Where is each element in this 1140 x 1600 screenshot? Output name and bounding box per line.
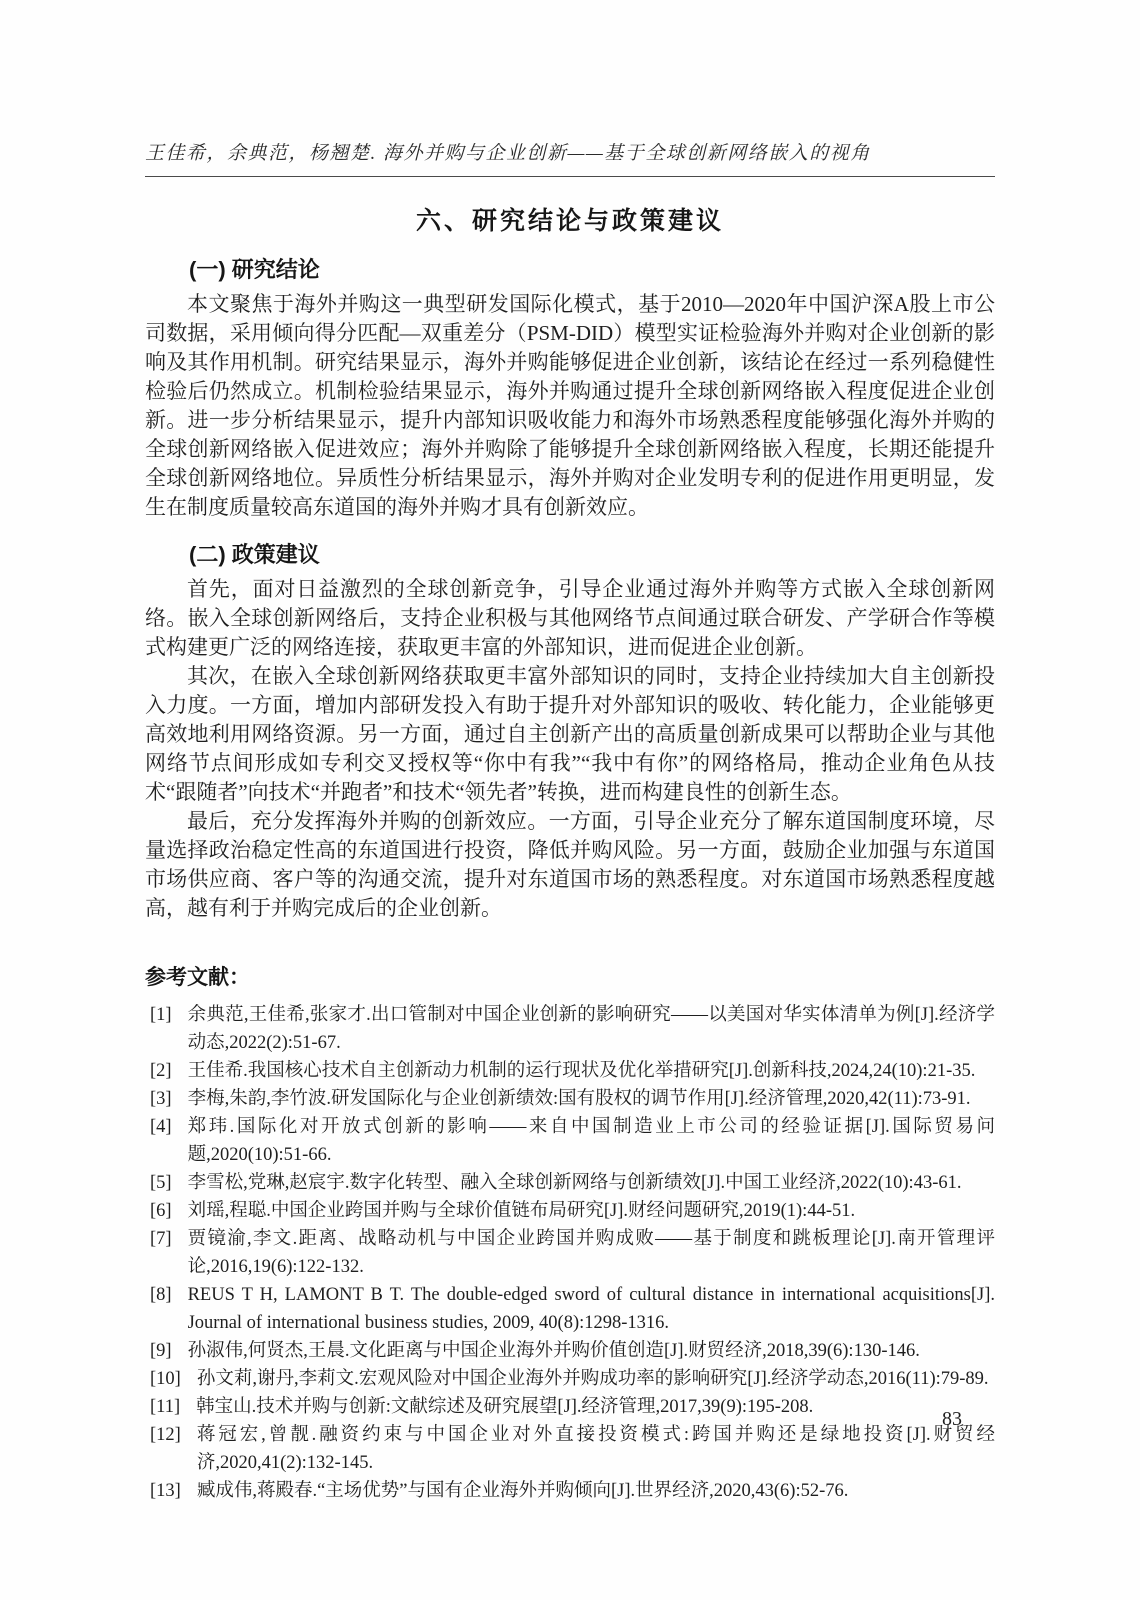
reference-number: [12] bbox=[150, 1421, 181, 1449]
reference-number: [6] bbox=[150, 1197, 172, 1225]
reference-item: [4] 郑玮.国际化对开放式创新的影响——来自中国制造业上市公司的经验证据[J]… bbox=[150, 1113, 995, 1169]
reference-item: [13] 臧成伟,蒋殿春.“主场优势”与国有企业海外并购倾向[J].世界经济,2… bbox=[150, 1477, 995, 1505]
reference-number: [7] bbox=[150, 1225, 172, 1253]
reference-text: 蒋冠宏,曾靓.融资约束与中国企业对外直接投资模式:跨国并购还是绿地投资[J].财… bbox=[197, 1421, 995, 1477]
reference-text: REUS T H, LAMONT B T. The double-edged s… bbox=[188, 1281, 995, 1337]
paragraph-policy-3: 最后，充分发挥海外并购的创新效应。一方面，引导企业充分了解东道国制度环境，尽量选… bbox=[145, 807, 995, 923]
reference-item: [9] 孙淑伟,何贤杰,王晨.文化距离与中国企业海外并购价值创造[J].财贸经济… bbox=[150, 1337, 995, 1365]
reference-number: [5] bbox=[150, 1169, 172, 1197]
reference-text: 李梅,朱韵,李竹波.研发国际化与企业创新绩效:国有股权的调节作用[J].经济管理… bbox=[188, 1085, 995, 1113]
document-page: 王佳希，余典范，杨翘楚. 海外并购与企业创新——基于全球创新网络嵌入的视角 六、… bbox=[0, 0, 1140, 1600]
reference-number: [8] bbox=[150, 1281, 172, 1309]
paragraph-conclusions-1: 本文聚焦于海外并购这一典型研发国际化模式，基于2010—2020年中国沪深A股上… bbox=[145, 290, 995, 522]
reference-item: [6] 刘瑶,程聪.中国企业跨国并购与全球价值链布局研究[J].财经问题研究,2… bbox=[150, 1197, 995, 1225]
references-heading: 参考文献： bbox=[145, 961, 995, 991]
section-title: 六、研究结论与政策建议 bbox=[145, 201, 995, 237]
reference-text: 贾镜渝,李文.距离、战略动机与中国企业跨国并购成败——基于制度和跳板理论[J].… bbox=[188, 1225, 995, 1281]
reference-item: [8] REUS T H, LAMONT B T. The double-edg… bbox=[150, 1281, 995, 1337]
reference-number: [4] bbox=[150, 1113, 172, 1141]
reference-text: 李雪松,党琳,赵宸宇.数字化转型、融入全球创新网络与创新绩效[J].中国工业经济… bbox=[188, 1169, 995, 1197]
paragraph-policy-1: 首先，面对日益激烈的全球创新竞争，引导企业通过海外并购等方式嵌入全球创新网络。嵌… bbox=[145, 575, 995, 662]
reference-number: [10] bbox=[150, 1365, 181, 1393]
reference-text: 韩宝山.技术并购与创新:文献综述及研究展望[J].经济管理,2017,39(9)… bbox=[196, 1393, 995, 1421]
reference-text: 臧成伟,蒋殿春.“主场优势”与国有企业海外并购倾向[J].世界经济,2020,4… bbox=[197, 1477, 995, 1505]
page-number: 83 bbox=[942, 1408, 962, 1431]
subsection-heading-conclusions: (一) 研究结论 bbox=[145, 253, 995, 284]
reference-number: [11] bbox=[150, 1393, 180, 1421]
reference-text: 王佳希.我国核心技术自主创新动力机制的运行现状及优化举措研究[J].创新科技,2… bbox=[188, 1057, 995, 1085]
reference-item: [12] 蒋冠宏,曾靓.融资约束与中国企业对外直接投资模式:跨国并购还是绿地投资… bbox=[150, 1421, 995, 1477]
reference-item: [11] 韩宝山.技术并购与创新:文献综述及研究展望[J].经济管理,2017,… bbox=[150, 1393, 995, 1421]
reference-list: [1] 余典范,王佳希,张家才.出口管制对中国企业创新的影响研究——以美国对华实… bbox=[145, 1001, 995, 1505]
reference-item: [2] 王佳希.我国核心技术自主创新动力机制的运行现状及优化举措研究[J].创新… bbox=[150, 1057, 995, 1085]
reference-text: 郑玮.国际化对开放式创新的影响——来自中国制造业上市公司的经验证据[J].国际贸… bbox=[188, 1113, 995, 1169]
reference-item: [1] 余典范,王佳希,张家才.出口管制对中国企业创新的影响研究——以美国对华实… bbox=[150, 1001, 995, 1057]
reference-number: [9] bbox=[150, 1337, 172, 1365]
running-header: 王佳希，余典范，杨翘楚. 海外并购与企业创新——基于全球创新网络嵌入的视角 bbox=[145, 138, 995, 177]
reference-item: [3] 李梅,朱韵,李竹波.研发国际化与企业创新绩效:国有股权的调节作用[J].… bbox=[150, 1085, 995, 1113]
reference-number: [1] bbox=[150, 1001, 172, 1029]
paragraph-policy-2: 其次，在嵌入全球创新网络获取更丰富外部知识的同时，支持企业持续加大自主创新投入力… bbox=[145, 662, 995, 807]
reference-text: 余典范,王佳希,张家才.出口管制对中国企业创新的影响研究——以美国对华实体清单为… bbox=[188, 1001, 995, 1057]
reference-number: [2] bbox=[150, 1057, 172, 1085]
reference-item: [7] 贾镜渝,李文.距离、战略动机与中国企业跨国并购成败——基于制度和跳板理论… bbox=[150, 1225, 995, 1281]
reference-number: [3] bbox=[150, 1085, 172, 1113]
reference-item: [10] 孙文莉,谢丹,李莉文.宏观风险对中国企业海外并购成功率的影响研究[J]… bbox=[150, 1365, 995, 1393]
reference-item: [5] 李雪松,党琳,赵宸宇.数字化转型、融入全球创新网络与创新绩效[J].中国… bbox=[150, 1169, 995, 1197]
reference-number: [13] bbox=[150, 1477, 181, 1505]
reference-text: 孙文莉,谢丹,李莉文.宏观风险对中国企业海外并购成功率的影响研究[J].经济学动… bbox=[197, 1365, 995, 1393]
reference-text: 刘瑶,程聪.中国企业跨国并购与全球价值链布局研究[J].财经问题研究,2019(… bbox=[188, 1197, 995, 1225]
reference-text: 孙淑伟,何贤杰,王晨.文化距离与中国企业海外并购价值创造[J].财贸经济,201… bbox=[188, 1337, 995, 1365]
subsection-heading-policy: (二) 政策建议 bbox=[145, 538, 995, 569]
